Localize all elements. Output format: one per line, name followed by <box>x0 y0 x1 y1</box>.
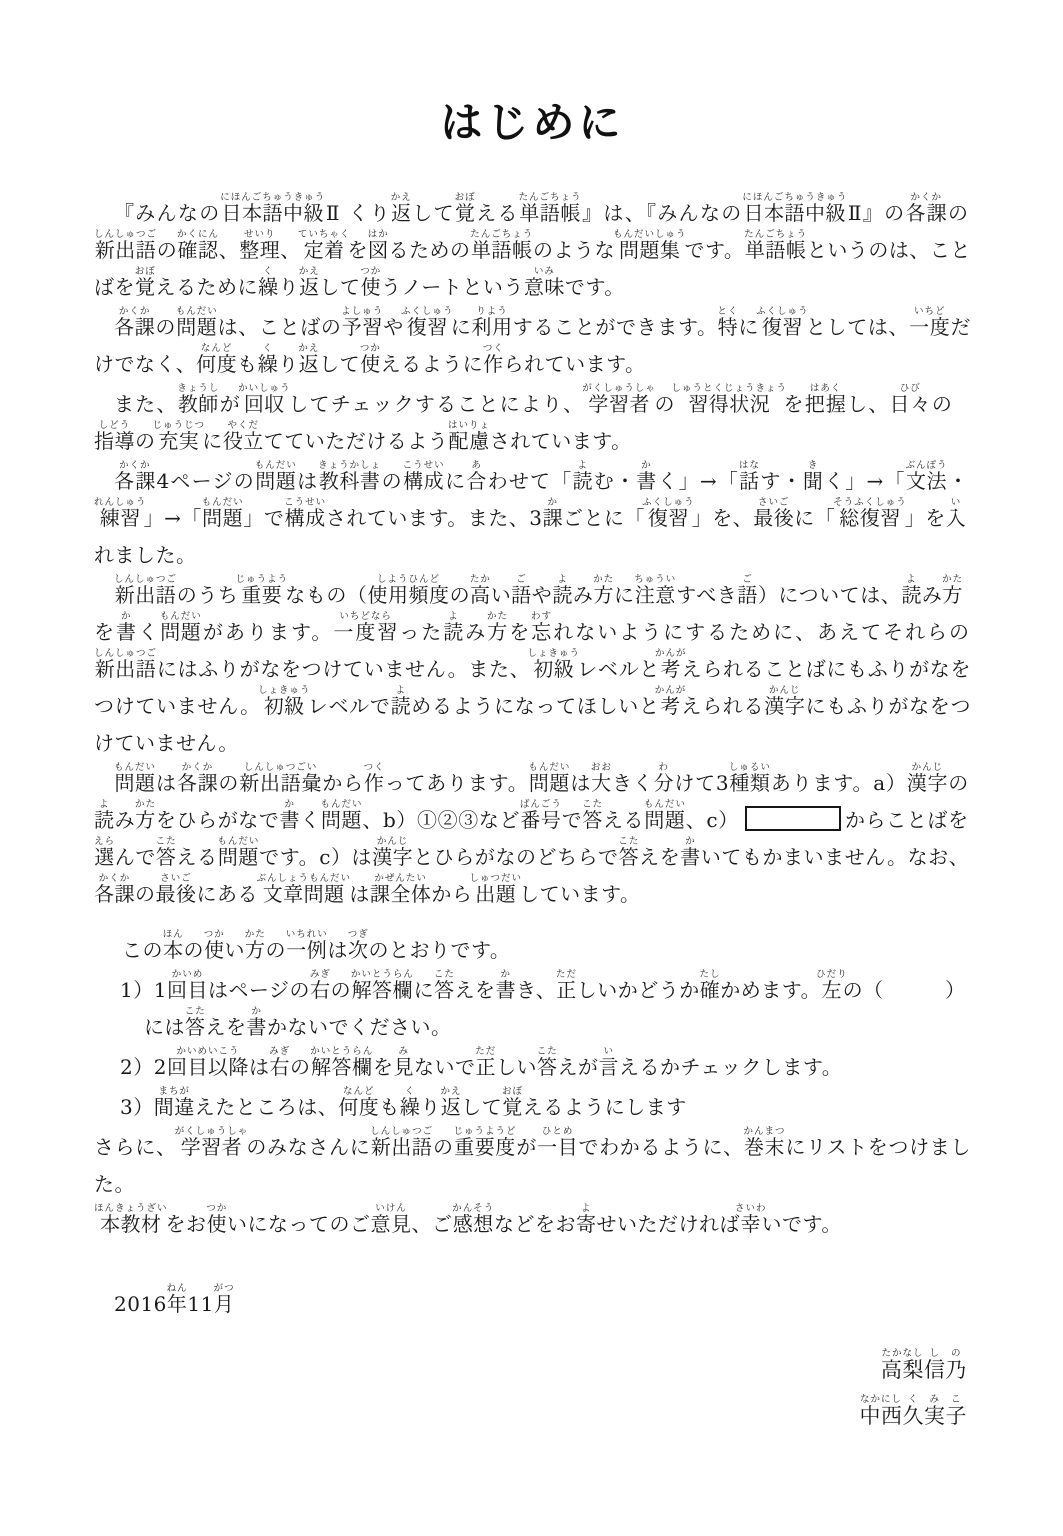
ruby-annotated-text: 右みぎ <box>310 978 331 1002</box>
ruby-annotated-text: 月がつ <box>214 1292 235 1316</box>
ruby-annotated-text: 中西なかにし <box>860 1404 903 1428</box>
ruby-annotated-text: 本ほん <box>163 938 184 962</box>
ruby-annotated-text: 教師きょうし <box>178 392 220 416</box>
ruby-annotated-text: 使つか <box>360 352 381 376</box>
ruby-annotated-text: 復習ふくしゅう <box>404 315 451 339</box>
ruby-annotated-text: 見み <box>393 1055 414 1079</box>
ruby-annotated-text: 方かた <box>942 583 963 607</box>
ruby-annotated-text: 回目以降かいめいこう <box>167 1055 249 1079</box>
ruby-annotated-text: 問題もんだい <box>218 845 260 869</box>
author-line-1: 高梨たかなし信し乃の <box>94 1347 971 1393</box>
ruby-annotated-text: 新出語しんしゅつご <box>114 583 177 607</box>
ruby-annotated-text: 整理せいり <box>239 238 280 262</box>
ruby-annotated-text: 意見いけん <box>371 1212 412 1236</box>
ruby-annotated-text: 入い <box>946 506 967 530</box>
ruby-annotated-text: 読よ <box>573 469 594 493</box>
ruby-annotated-text: 使つか <box>204 938 225 962</box>
word-choice-box <box>745 806 841 831</box>
ruby-annotated-text: 大おお <box>591 771 612 795</box>
ruby-annotated-text: 総復習そうふくしゅう <box>835 506 905 530</box>
ruby-annotated-text: 間違まちが <box>154 1095 195 1119</box>
ruby-annotated-text: 学習者がくしゅうしゃ <box>584 392 654 416</box>
ruby-annotated-text: 高梨たかなし <box>881 1358 924 1382</box>
ruby-annotated-text: 番号ばんごう <box>520 808 562 832</box>
ruby-annotated-text: 日本語中級にほんごちゅうきゅう <box>221 201 326 225</box>
ruby-annotated-text: 注意ちゅうい <box>635 583 677 607</box>
ruby-annotated-text: 問題もんだい <box>176 315 218 339</box>
ruby-annotated-text: 返かえ <box>299 275 320 299</box>
ruby-annotated-text: 各課かくか <box>905 201 948 225</box>
ruby-annotated-text: 覚おぼ <box>455 201 476 225</box>
ruby-annotated-text: 単語帳たんごちょう <box>471 238 534 262</box>
page-title: はじめに <box>94 100 971 146</box>
ruby-annotated-text: 返かえ <box>299 352 320 376</box>
usage-intro: この本ほんの使つかい方かたの一例いちれいは次つぎのとおりです。 <box>94 929 971 969</box>
ruby-annotated-text: 回目かいめ <box>167 978 208 1002</box>
ruby-annotated-text: 新出語しんしゅつご <box>94 657 157 681</box>
wordlist-paragraph: さらに、学習者がくしゅうしゃのみなさんに新出語しんしゅつごの重要度じゅうようどが… <box>94 1126 971 1203</box>
ruby-annotated-text: 問題もんだい <box>644 808 686 832</box>
ruby-annotated-text: 言い <box>598 1055 619 1079</box>
ruby-annotated-text: 書か <box>680 845 701 869</box>
usage-step-3: 3）間違まちがえたところは、何度なんども繰くり返かえして覚おぼえるようにします <box>94 1086 971 1126</box>
ruby-annotated-text: 作つく <box>364 771 385 795</box>
preface-page: はじめに 『みんなの日本語中級にほんごちゅうきゅうⅡ くり返かえして覚おぼえる単… <box>0 0 1063 1536</box>
ruby-annotated-text: 実み <box>924 1404 946 1428</box>
ruby-annotated-text: 読よ <box>552 583 573 607</box>
ruby-annotated-text: 練習れんしゅう <box>94 506 144 530</box>
ruby-annotated-text: 重要度じゅうようど <box>454 1135 517 1159</box>
ruby-annotated-text: 確認かくにん <box>177 238 219 262</box>
ruby-annotated-text: 乃の <box>946 1358 968 1382</box>
ruby-annotated-text: 問題もんだい <box>321 808 363 832</box>
authors-gap <box>94 1323 971 1347</box>
ruby-annotated-text: 問題もんだい <box>160 620 202 644</box>
ruby-annotated-text: 問題もんだい <box>114 771 156 795</box>
ruby-annotated-text: 初級しょきゅう <box>530 657 577 681</box>
ruby-annotated-text: 考かんが <box>660 694 682 718</box>
ruby-annotated-text: 年ねん <box>167 1292 188 1316</box>
ruby-annotated-text: 問題もんだい <box>255 469 297 493</box>
ruby-annotated-text: 使用頻度しようひんど <box>367 583 449 607</box>
furigana-policy-paragraph: 新出語しんしゅつごのうち重要じゅうようなもの（使用頻度しようひんどの高たかい語ご… <box>94 574 971 762</box>
ruby-annotated-text: 書か <box>496 978 517 1002</box>
ruby-annotated-text: 問題もんだい <box>202 506 244 530</box>
ruby-annotated-text: 各課かくか <box>114 315 155 339</box>
ruby-annotated-text: 図はか <box>368 238 389 262</box>
ruby-annotated-text: 各課かくか <box>94 882 135 906</box>
ruby-annotated-text: 巻末かんまつ <box>744 1135 786 1159</box>
ruby-annotated-text: 単語帳たんごちょう <box>744 238 807 262</box>
ruby-annotated-text: 特とく <box>718 315 739 339</box>
date-gap <box>94 1243 971 1283</box>
ruby-annotated-text: 覚おぼ <box>502 1095 523 1119</box>
ruby-annotated-text: 子こ <box>946 1404 968 1428</box>
ruby-annotated-text: 選えら <box>94 845 115 869</box>
ruby-annotated-text: 新出語しんしゅつご <box>94 238 157 262</box>
ruby-annotated-text: 高たか <box>470 583 491 607</box>
ruby-annotated-text: 文法ぶんぽう <box>906 469 948 493</box>
ruby-annotated-text: 確たし <box>700 978 721 1002</box>
ruby-annotated-text: 単語帳たんごちょう <box>519 201 582 225</box>
intro-paragraph-3: また、教師きょうしが回収かいしゅうしてチェックすることにより、学習者がくしゅうし… <box>94 383 971 460</box>
ruby-annotated-text: 答こた <box>434 978 455 1002</box>
ruby-annotated-text: 幸さいわ <box>740 1212 762 1236</box>
ruby-annotated-text: 語ご <box>737 583 758 607</box>
ruby-annotated-text: 漢字かんじ <box>907 771 949 795</box>
question-types-paragraph: 問題もんだいは各課かくかの新出語彙しんしゅつごいから作つくってあります。問題もん… <box>94 762 971 913</box>
ruby-annotated-text: 問題もんだい <box>529 771 571 795</box>
ruby-annotated-text: 書か <box>247 1015 268 1039</box>
intro-paragraph-2: 各課かくかの問題もんだいは、ことばの予習よしゅうや復習ふくしゅうに利用りようする… <box>94 306 971 383</box>
ruby-annotated-text: 利用りよう <box>471 315 512 339</box>
ruby-annotated-text: 習得状況しゅうとくじょうきょう <box>676 392 783 416</box>
section-gap <box>94 913 971 929</box>
ruby-annotated-text: 解答欄かいとうらん <box>310 1055 373 1079</box>
ruby-annotated-text: 漢字かんじ <box>372 845 413 869</box>
ruby-annotated-text: 構成こうせい <box>403 469 445 493</box>
intro-paragraph-1: 『みんなの日本語中級にほんごちゅうきゅうⅡ くり返かえして覚おぼえる単語帳たんご… <box>94 192 971 306</box>
ruby-annotated-text: 聞き <box>803 469 824 493</box>
ruby-annotated-text: 一度いちど <box>909 315 950 339</box>
ruby-annotated-text: 一例いちれい <box>286 938 328 962</box>
structure-paragraph: 各課かくか4ページの問題もんだいは教科書きょうかしょの構成こうせいに合あわせて「… <box>94 460 971 574</box>
ruby-annotated-text: 一度習いちどなら <box>333 620 399 644</box>
ruby-annotated-text: 方かた <box>245 938 266 962</box>
ruby-annotated-text: 覚おぼ <box>135 275 156 299</box>
ruby-annotated-text: 新出語彙しんしゅつごい <box>239 771 322 795</box>
date-line: 2016年ねん11月がつ <box>114 1283 971 1323</box>
ruby-annotated-text: 教科書きょうかしょ <box>318 469 381 493</box>
ruby-annotated-text: 各課かくか <box>114 469 156 493</box>
usage-step-2: 2）2回目以降かいめいこうは右みぎの解答欄かいとうらんを見みないで正ただしい答こ… <box>94 1046 971 1086</box>
ruby-annotated-text: 答こた <box>537 1055 558 1079</box>
ruby-annotated-text: 方かた <box>593 583 614 607</box>
ruby-annotated-text: 漢字かんじ <box>764 694 805 718</box>
usage-step-1: 1）1回目かいめはページの右みぎの解答欄かいとうらんに答こたえを書かき、正ただし… <box>94 969 971 1046</box>
ruby-annotated-text: 日々ひび <box>889 392 931 416</box>
ruby-annotated-text: 意味いみ <box>524 275 565 299</box>
ruby-annotated-text: 読よ <box>901 583 922 607</box>
ruby-annotated-text: 充実じゅうじつ <box>156 429 203 453</box>
ruby-annotated-text: 指導しどう <box>94 429 135 453</box>
ruby-annotated-text: 答こた <box>619 845 640 869</box>
ruby-annotated-text: 右みぎ <box>269 1055 290 1079</box>
ruby-annotated-text: 最後さいご <box>753 506 794 530</box>
ruby-annotated-text: 読よ <box>391 694 412 718</box>
ruby-annotated-text: 新出語しんしゅつご <box>370 1135 433 1159</box>
ruby-annotated-text: 方かた <box>135 808 156 832</box>
ruby-annotated-text: 何度なんど <box>196 352 237 376</box>
preface-body: 『みんなの日本語中級にほんごちゅうきゅうⅡ くり返かえして覚おぼえる単語帳たんご… <box>94 192 971 1439</box>
ruby-annotated-text: 忘わす <box>531 620 552 644</box>
ruby-annotated-text: 返かえ <box>391 201 412 225</box>
ruby-annotated-text: 考かんが <box>660 657 682 681</box>
ruby-annotated-text: 最後さいご <box>156 882 197 906</box>
ruby-annotated-text: 予習よしゅう <box>342 315 384 339</box>
ruby-annotated-text: 分わ <box>654 771 675 795</box>
ruby-annotated-text: 把握はあく <box>805 392 847 416</box>
ruby-annotated-text: 答こた <box>156 845 177 869</box>
ruby-annotated-text: 書か <box>116 620 138 644</box>
ruby-annotated-text: 繰く <box>400 1095 421 1119</box>
ruby-annotated-text: 寄よ <box>576 1212 597 1236</box>
ruby-annotated-text: 解答欄かいとうらん <box>351 978 414 1002</box>
ruby-annotated-text: 左ひだり <box>821 978 843 1002</box>
ruby-annotated-text: 書か <box>280 808 301 832</box>
ruby-annotated-text: 復習ふくしゅう <box>759 315 806 339</box>
ruby-annotated-text: 読よ <box>443 620 465 644</box>
ruby-annotated-text: 重要じゅうよう <box>238 583 285 607</box>
ruby-annotated-text: 種類しゅるい <box>729 771 771 795</box>
ruby-annotated-text: 一目ひとめ <box>537 1135 578 1159</box>
ruby-annotated-text: 使つか <box>361 275 382 299</box>
ruby-annotated-text: 復習ふくしゅう <box>645 506 692 530</box>
ruby-annotated-text: 話はな <box>739 469 760 493</box>
ruby-annotated-text: 役立やくだ <box>223 429 264 453</box>
ruby-annotated-text: 語ご <box>511 583 532 607</box>
ruby-annotated-text: 読よ <box>94 808 115 832</box>
ruby-annotated-text: 定着ていちゃく <box>301 238 348 262</box>
ruby-annotated-text: 回収かいしゅう <box>241 392 288 416</box>
ruby-annotated-text: 合あ <box>466 469 487 493</box>
ruby-annotated-text: 日本語中級にほんごちゅうきゅう <box>743 201 848 225</box>
ruby-annotated-text: 繰く <box>258 352 279 376</box>
ruby-annotated-text: 信し <box>924 1358 946 1382</box>
ruby-annotated-text: 答こた <box>582 808 603 832</box>
ruby-annotated-text: 感想かんそう <box>453 1212 495 1236</box>
ruby-annotated-text: 正ただ <box>556 978 577 1002</box>
ruby-annotated-text: 方かた <box>487 620 508 644</box>
ruby-annotated-text: 課か <box>543 506 564 530</box>
ruby-annotated-text: 各課かくか <box>177 771 219 795</box>
ruby-annotated-text: 正ただ <box>475 1055 496 1079</box>
ruby-annotated-text: 何度なんど <box>338 1095 379 1119</box>
ruby-annotated-text: 返かえ <box>441 1095 462 1119</box>
ruby-annotated-text: 書か <box>636 469 657 493</box>
ruby-annotated-text: 本教材ほんきょうざい <box>94 1212 166 1236</box>
feedback-paragraph: 本教材ほんきょうざいをお使つかいになってのご意見いけん、ご感想かんそうなどをお寄… <box>94 1203 971 1243</box>
ruby-annotated-text: 作つく <box>483 352 504 376</box>
ruby-annotated-text: 答こた <box>185 1015 206 1039</box>
ruby-annotated-text: 初級しょきゅう <box>261 694 308 718</box>
ruby-annotated-text: 構成こうせい <box>284 506 326 530</box>
author-line-2: 中西なかにし久く実み子こ <box>94 1393 971 1439</box>
ruby-annotated-text: 繰く <box>258 275 279 299</box>
ruby-annotated-text: 課全体かぜんたい <box>370 882 432 906</box>
ruby-annotated-text: 問題集もんだいしゅう <box>615 238 685 262</box>
ruby-annotated-text: 出題しゅつだい <box>472 882 519 906</box>
ruby-annotated-text: 学習者がくしゅうしゃ <box>177 1135 247 1159</box>
ruby-annotated-text: 久く <box>903 1404 925 1428</box>
ruby-annotated-text: 使つか <box>207 1212 228 1236</box>
ruby-annotated-text: 次つぎ <box>348 938 369 962</box>
ruby-annotated-text: 文章問題ぶんしょうもんだい <box>258 882 349 906</box>
ruby-annotated-text: 配慮はいりょ <box>448 429 490 453</box>
